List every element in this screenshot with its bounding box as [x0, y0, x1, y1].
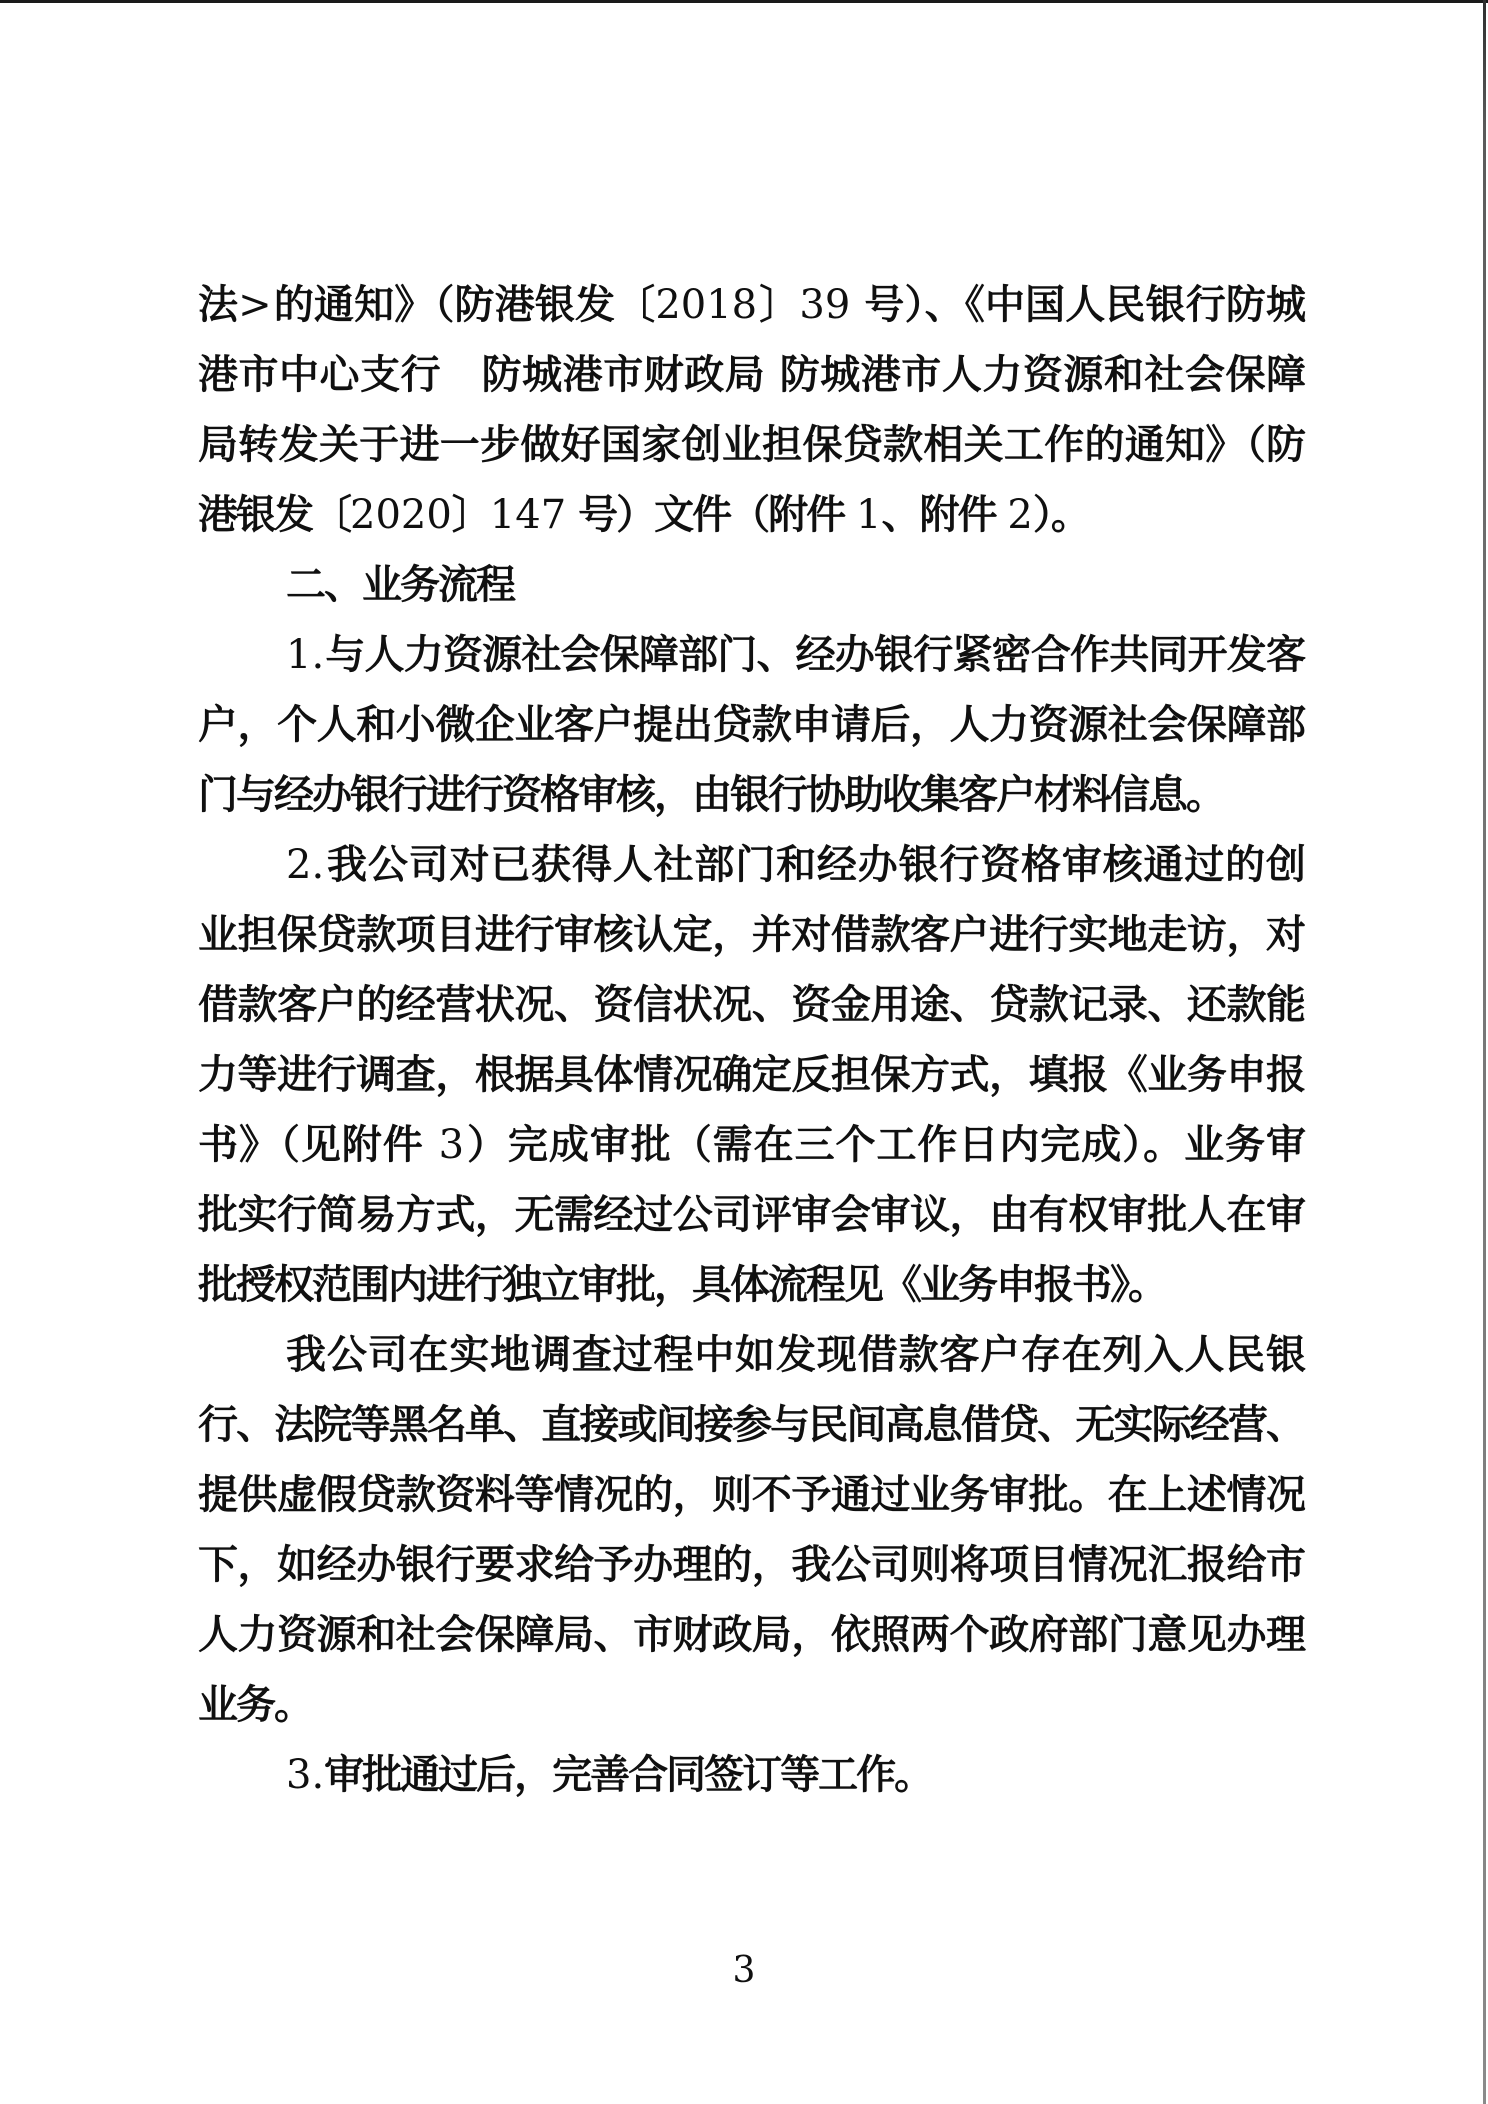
latin-text: 1.: [286, 632, 324, 678]
text-line: 下，如经办银行要求给予办理的，我公司则将项目情况汇报给市: [198, 1530, 1304, 1600]
latin-text: 39: [799, 282, 850, 328]
text-line: 力等进行调查，根据具体情况确定反担保方式，填报《业务申报: [198, 1040, 1304, 1110]
text-line: 我公司在实地调查过程中如发现借款客户存在列入人民银: [198, 1320, 1304, 1390]
text-line: 局转发关于进一步做好国家创业担保贷款相关工作的通知》（防: [198, 410, 1304, 480]
text-line: 借款客户的经营状况、资信状况、资金用途、贷款记录、还款能: [198, 970, 1304, 1040]
text-line: 1.与人力资源社会保障部门、经办银行紧密合作共同开发客: [198, 620, 1304, 690]
latin-text: 2: [1007, 492, 1032, 538]
scan-border-top: [0, 0, 1488, 3]
text-line: 法>的通知》（防港银发〔2018〕39 号）、《中国人民银行防城: [198, 270, 1304, 340]
text-line: 人力资源和社会保障局、市财政局，依照两个政府部门意见办理: [198, 1600, 1304, 1670]
latin-text: 3.: [286, 1752, 324, 1798]
text-line: 二、业务流程: [198, 550, 1304, 620]
text-line: 书》（见附件 3）完成审批（需在三个工作日内完成）。业务审: [198, 1110, 1304, 1180]
text-block: 法>的通知》（防港银发〔2018〕39 号）、《中国人民银行防城港市中心支行 防…: [198, 270, 1304, 1810]
text-line: 港市中心支行 防城港市财政局 防城港市人力资源和社会保障: [198, 340, 1304, 410]
text-line: 提供虚假贷款资料等情况的，则不予通过业务审批。在上述情况: [198, 1460, 1304, 1530]
document-page: 法>的通知》（防港银发〔2018〕39 号）、《中国人民银行防城港市中心支行 防…: [0, 0, 1488, 2104]
latin-text: 3: [439, 1122, 464, 1168]
text-line: 行、法院等黑名单、直接或间接参与民间高息借贷、无实际经营、: [198, 1390, 1304, 1460]
text-line: 2.我公司对已获得人社部门和经办银行资格审核通过的创: [198, 830, 1304, 900]
latin-text: 1: [856, 492, 881, 538]
latin-text: 147: [490, 492, 566, 538]
text-line: 业务。: [198, 1670, 1304, 1740]
text-line: 3.审批通过后，完善合同签订等工作。: [198, 1740, 1304, 1810]
latin-text: 2020: [350, 492, 452, 538]
page-number: 3: [0, 1950, 1488, 1991]
text-line: 业担保贷款项目进行审核认定，并对借款客户进行实地走访，对: [198, 900, 1304, 970]
text-line: 户，个人和小微企业客户提出贷款申请后，人力资源社会保障部: [198, 690, 1304, 760]
text-line: 门与经办银行进行资格审核，由银行协助收集客户材料信息。: [198, 760, 1304, 830]
latin-text: 2.: [286, 842, 324, 888]
text-line: 批授权范围内进行独立审批，具体流程见《业务申报书》。: [198, 1250, 1304, 1320]
latin-text: >: [238, 282, 272, 328]
text-line: 港银发〔2020〕147 号）文件（附件 1、附件 2）。: [198, 480, 1304, 550]
text-line: 批实行简易方式，无需经过公司评审会审议，由有权审批人在审: [198, 1180, 1304, 1250]
scan-border-right: [1483, 0, 1486, 2104]
latin-text: 2018: [655, 282, 757, 328]
